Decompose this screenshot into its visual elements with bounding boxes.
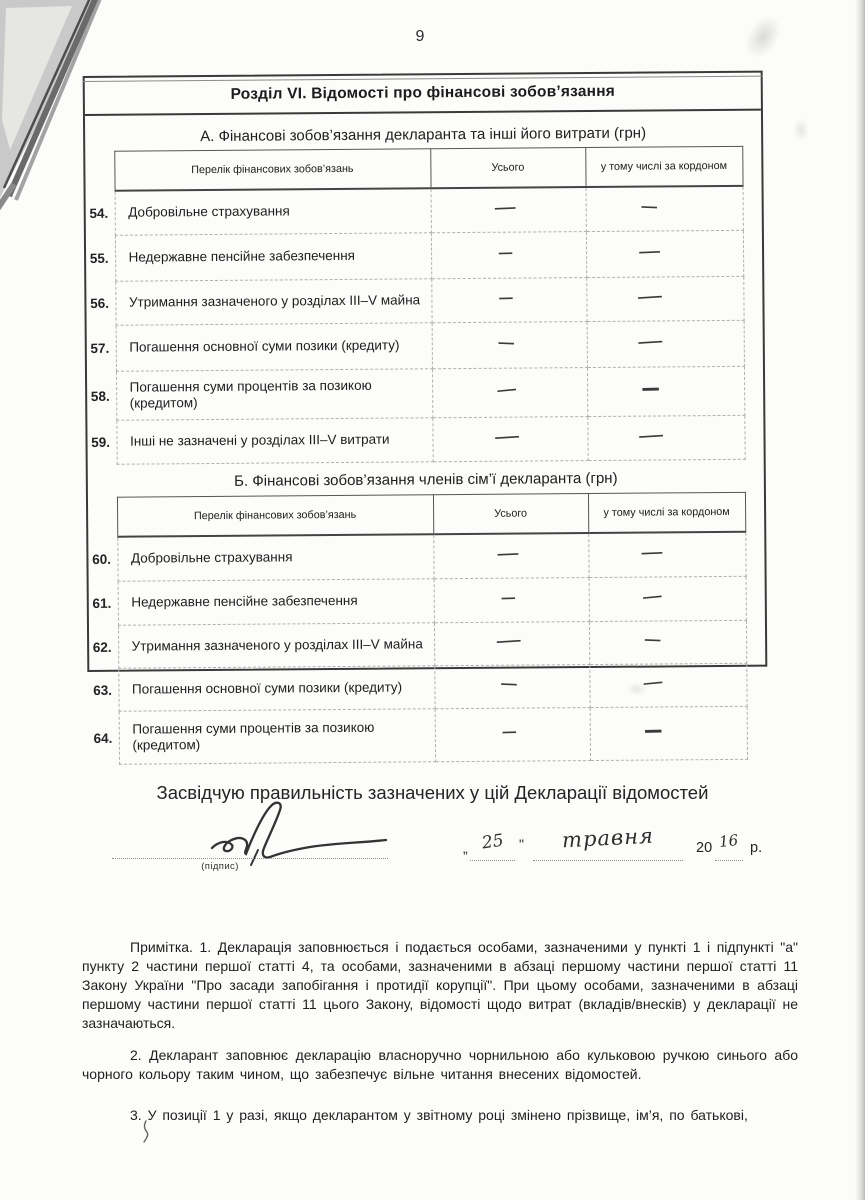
handwritten-dash: — (497, 337, 515, 348)
handwritten-month: травня (562, 824, 655, 853)
signature-caption: (підпис) (150, 861, 290, 872)
financial-obligations-table-a: Перелік фінансових зобов’язань Усього у … (85, 146, 745, 465)
handwritten-day: 25 (480, 831, 504, 854)
column-header-abroad: у тому числі за кордоном (588, 492, 745, 533)
note-paragraph-3: 3. У позиції 1 у разі, якщо декларантом … (82, 1106, 798, 1125)
abroad-value-cell: — (586, 186, 743, 232)
row-number: 54. (86, 191, 115, 236)
row-number: 55. (86, 235, 115, 281)
handwritten-dash: — (640, 201, 658, 212)
table-b-heading: Б. Фінансові зобов’язання членів сім’ї д… (88, 469, 764, 491)
obligation-label: Погашення основної суми позики (кредиту) (118, 666, 434, 711)
handwritten-dash: — (493, 202, 516, 213)
handwritten-dash: — (637, 335, 664, 347)
table-row: 64. Погашення суми процентів за позикою … (90, 706, 747, 764)
handwritten-dash: — (502, 726, 517, 736)
section-vi-box: Розділ VI. Відомості про фінансові зобов… (83, 71, 768, 672)
column-header-total: Усього (430, 148, 585, 189)
handwritten-dash: — (642, 677, 664, 689)
total-value-cell: — (434, 665, 589, 709)
total-value-cell: — (431, 278, 586, 323)
handwritten-dash: — (637, 429, 664, 441)
row-number: 63. (89, 668, 118, 711)
total-value-cell: — (431, 232, 586, 279)
handwritten-dash: — (498, 292, 513, 302)
table-row: 57. Погашення основної суми позики (кред… (87, 320, 744, 371)
obligation-label: Добровільне страхування (117, 534, 433, 581)
obligation-label: Недержавне пенсійне забезпечення (118, 579, 434, 625)
note-paragraph-1: Примітка. 1. Декларація заповнюється і п… (82, 938, 798, 1033)
total-value-cell: — (433, 533, 588, 579)
abroad-value-cell: — (588, 532, 745, 578)
handwritten-dash: — (641, 590, 663, 602)
total-value-cell: — (432, 368, 587, 418)
table-row: 62. Утримання зазначеного у розділах III… (89, 620, 746, 668)
abroad-value-cell: — (589, 576, 746, 621)
column-header-total: Усього (433, 494, 588, 535)
handwritten-dash: — (638, 246, 661, 257)
abroad-value-cell: — (587, 415, 744, 460)
handwritten-dash: — (498, 247, 513, 257)
obligation-label: Недержавне пенсійне забезпечення (115, 233, 431, 281)
abroad-value-cell: — (587, 366, 744, 416)
obligation-label: Добровільне страхування (115, 188, 431, 235)
obligation-label: Погашення суми процентів за позикою (кре… (116, 369, 432, 420)
obligation-label: Інші не зазначені у розділах III–V витра… (116, 418, 432, 464)
abroad-value-cell: — (589, 663, 746, 707)
table-row: 58. Погашення суми процентів за позикою … (87, 366, 744, 420)
obligation-label: Погашення суми процентів за позикою (кре… (119, 709, 435, 764)
handwritten-dash: — (644, 634, 662, 645)
date-close-quote: " (519, 836, 524, 852)
signature-line (112, 832, 388, 859)
scan-smudge (738, 10, 788, 65)
row-number: 64. (90, 711, 119, 764)
abroad-value-cell: — (590, 706, 747, 760)
financial-obligations-table-b: Перелік фінансових зобов’язань Усього у … (88, 492, 748, 765)
total-value-cell: — (434, 578, 589, 623)
handwritten-dash: — (493, 430, 520, 442)
row-number: 56. (86, 281, 115, 325)
column-header-list: Перелік фінансових зобов’язань (117, 495, 433, 537)
abroad-value-cell: — (586, 230, 743, 277)
table-row: 59. Інші не зазначені у розділах III–V в… (87, 415, 744, 464)
table-a-heading: А. Фінансові зобов’язання декларанта та … (85, 124, 761, 146)
row-number: 57. (87, 325, 116, 371)
date-year-unit: р. (750, 840, 762, 856)
total-value-cell: — (431, 187, 586, 233)
table-row: 63. Погашення основної суми позики (кред… (89, 663, 746, 711)
row-number: 58. (87, 371, 116, 420)
table-row: 54. Добровільне страхування — — (86, 186, 743, 236)
handwritten-dash: — (500, 678, 518, 689)
handwritten-dash: — (501, 592, 516, 602)
stray-pen-mark (141, 1120, 151, 1144)
row-number: 62. (89, 625, 118, 668)
handwritten-dash: — (495, 635, 522, 647)
scanned-declaration-page: 9 Розділ VI. Відомості про фінансові зоб… (0, 0, 865, 1200)
table-row: 60. Добровільне страхування — — (88, 532, 745, 582)
row-number: 61. (89, 581, 118, 625)
table-row: 55. Недержавне пенсійне забезпечення — — (86, 230, 743, 281)
handwritten-dash: — (496, 548, 519, 559)
abroad-value-cell: — (586, 276, 743, 321)
handwritten-dash: — (641, 383, 660, 393)
total-value-cell: — (432, 417, 587, 462)
empty-header-cell (85, 151, 114, 191)
column-header-abroad: у тому числі за кордоном (585, 146, 742, 187)
total-value-cell: — (432, 322, 587, 369)
scan-smudge (793, 118, 809, 142)
obligation-label: Погашення основної суми позики (кредиту) (116, 323, 432, 371)
row-number: 59. (87, 420, 116, 464)
date-month-blank: травня (533, 826, 683, 861)
section-title: Розділ VI. Відомості про фінансові зобов… (85, 73, 761, 116)
column-header-list: Перелік фінансових зобов’язань (114, 149, 430, 191)
handwritten-year: 16 (719, 831, 740, 851)
table-row: 61. Недержавне пенсійне забезпечення — — (89, 576, 746, 625)
obligation-label: Утримання зазначеного у розділах III–V м… (115, 279, 431, 325)
handwritten-dash: — (636, 290, 663, 302)
scan-edge-shadow (855, 0, 865, 1200)
row-number: 60. (88, 537, 117, 582)
date-day-blank: 25 (470, 832, 515, 861)
certification-statement: Засвідчую правильність зазначених у цій … (60, 782, 805, 804)
table-header-row: Перелік фінансових зобов’язань Усього у … (85, 146, 742, 191)
abroad-value-cell: — (589, 620, 746, 664)
date-year-blank: 16 (715, 832, 743, 861)
handwritten-dash: — (496, 384, 518, 396)
date-year-prefix: 20 (696, 840, 712, 856)
note-paragraph-2: 2. Декларант заповнює декларацію власнор… (82, 1046, 798, 1084)
handwritten-dash: — (644, 725, 663, 735)
total-value-cell: — (435, 708, 590, 762)
handwritten-dash: — (640, 547, 663, 558)
date-open-quote: „ (463, 840, 468, 856)
empty-header-cell (88, 497, 117, 537)
obligation-label: Утримання зазначеного у розділах III–V м… (118, 623, 434, 668)
abroad-value-cell: — (587, 320, 744, 367)
total-value-cell: — (434, 622, 589, 666)
page-number: 9 (404, 28, 436, 46)
table-row: 56. Утримання зазначеного у розділах III… (86, 276, 743, 325)
notes-block: Примітка. 1. Декларація заповнюється і п… (82, 938, 798, 1125)
table-header-row: Перелік фінансових зобов’язань Усього у … (88, 492, 745, 537)
